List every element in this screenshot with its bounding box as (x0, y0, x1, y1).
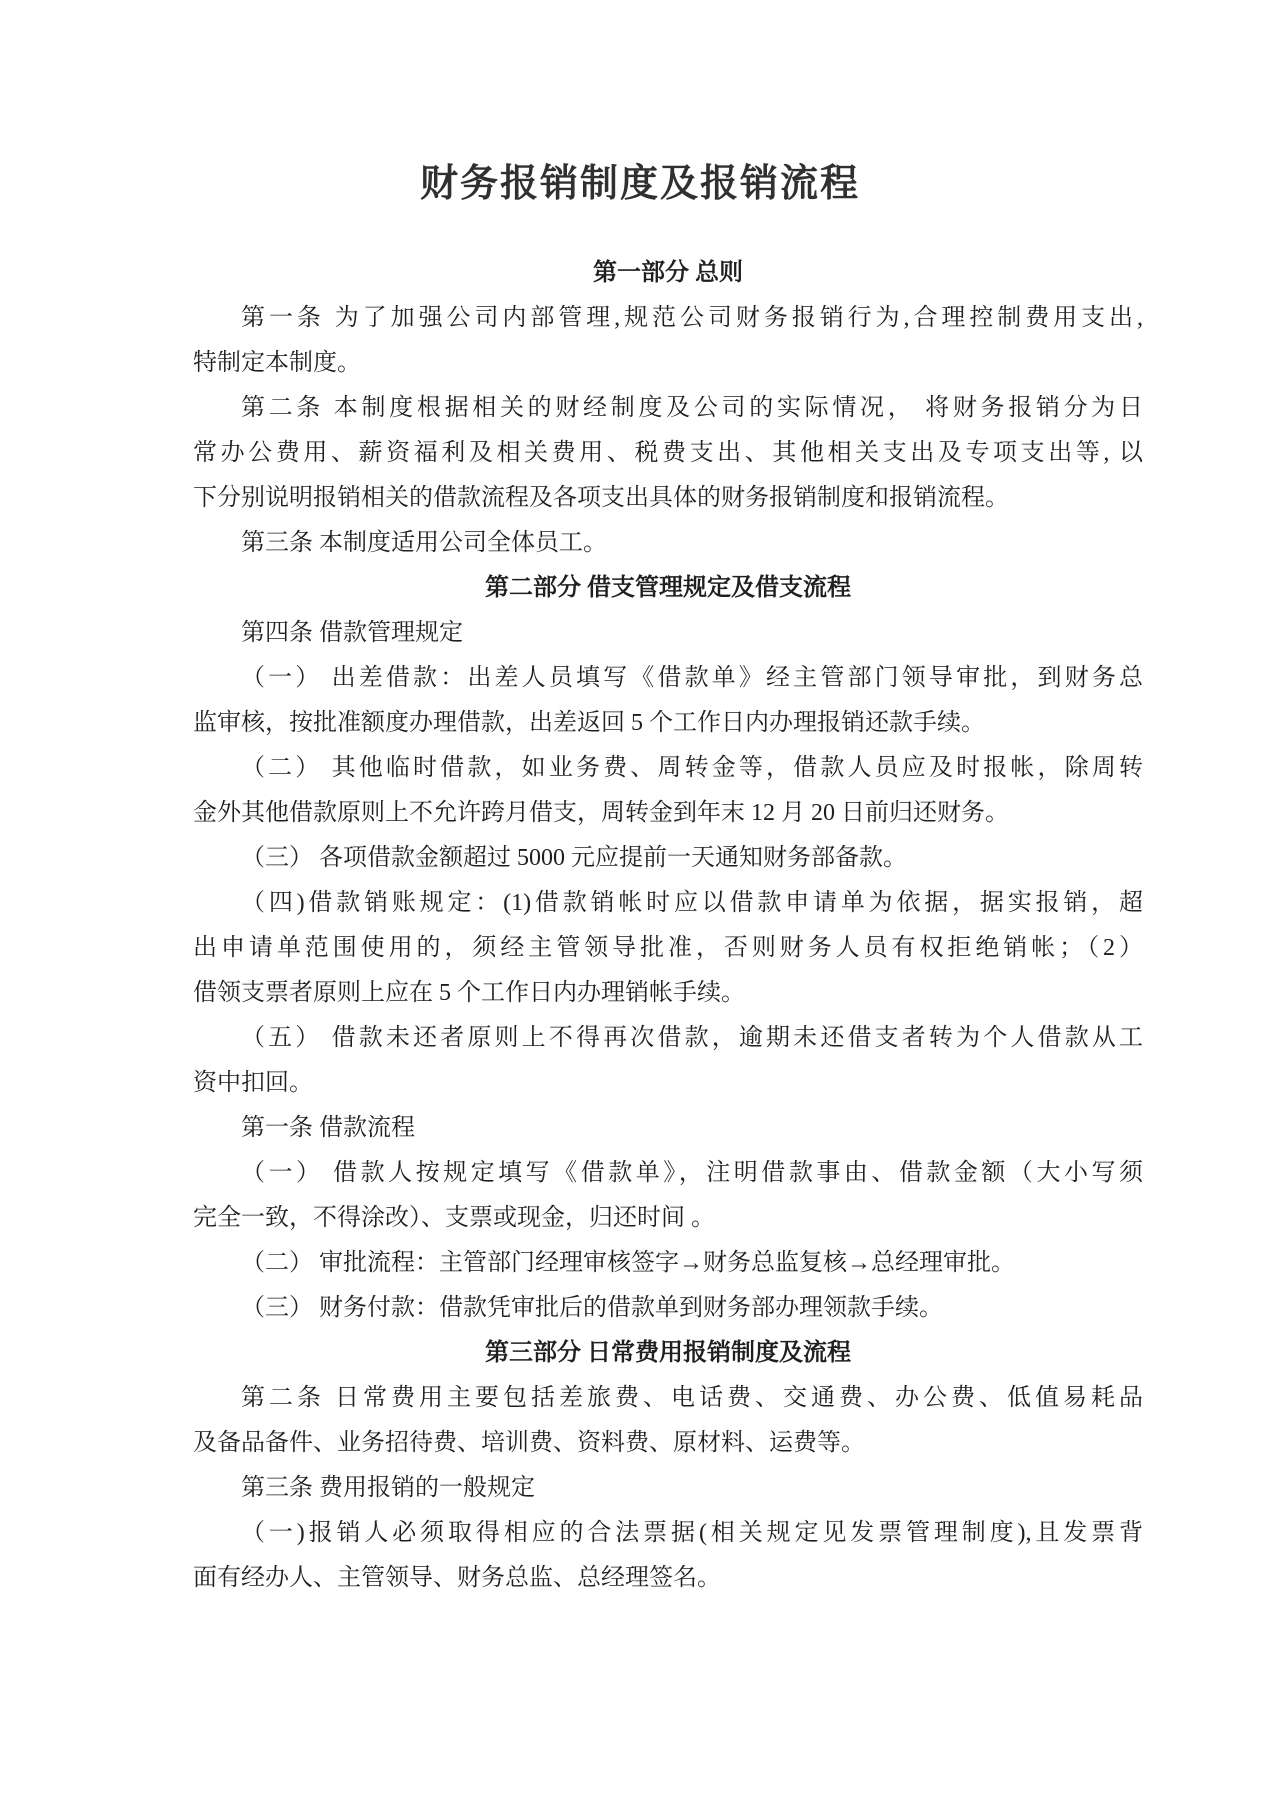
paragraph: （二） 审批流程：主管部门经理审核签字→财务总监复核→总经理审批。 (193, 1241, 1143, 1286)
paragraph: （四)借款销账规定：(1)借款销帐时应以借款申请单为依据，据实报销，超出申请单范… (193, 881, 1143, 1016)
paragraph-line: 第三条 本制度适用公司全体员工。 (193, 521, 1143, 566)
paragraph: （一） 借款人按规定填写《借款单》，注明借款事由、借款金额（大小写须完全一致，不… (193, 1151, 1143, 1241)
document-title: 财务报销制度及报销流程 (0, 160, 1280, 208)
paragraph: 第二条 本制度根据相关的财经制度及公司的实际情况， 将财务报销分为日常办公费用、… (193, 386, 1143, 521)
paragraph-line: 第四条 借款管理规定 (193, 611, 1143, 656)
paragraph-line: 面有经办人、主管领导、财务总监、总经理签名。 (193, 1556, 1143, 1601)
section-heading: 第三部分 日常费用报销制度及流程 (193, 1331, 1143, 1376)
paragraph: （三） 财务付款：借款凭审批后的借款单到财务部办理领款手续。 (193, 1286, 1143, 1331)
paragraph-line: （一)报销人必须取得相应的合法票据(相关规定见发票管理制度),且发票背 (193, 1511, 1143, 1556)
paragraph-line: 资中扣回。 (193, 1061, 1143, 1106)
paragraph-line: （三） 财务付款：借款凭审批后的借款单到财务部办理领款手续。 (193, 1286, 1143, 1331)
paragraph-line: 监审核，按批准额度办理借款，出差返回 5 个工作日内办理报销还款手续。 (193, 701, 1143, 746)
paragraph-line: 特制定本制度。 (193, 341, 1143, 386)
paragraph: 第一条 为了加强公司内部管理,规范公司财务报销行为,合理控制费用支出,特制定本制… (193, 296, 1143, 386)
paragraph-line: 第二条 本制度根据相关的财经制度及公司的实际情况， 将财务报销分为日 (193, 386, 1143, 431)
paragraph: （三） 各项借款金额超过 5000 元应提前一天通知财务部备款。 (193, 836, 1143, 881)
paragraph-line: （四)借款销账规定：(1)借款销帐时应以借款申请单为依据，据实报销，超 (193, 881, 1143, 926)
paragraph-line: 完全一致，不得涂改）、支票或现金，归还时间 。 (193, 1196, 1143, 1241)
paragraph-line: （一） 借款人按规定填写《借款单》，注明借款事由、借款金额（大小写须 (193, 1151, 1143, 1196)
paragraph-line: 及备品备件、业务招待费、培训费、资料费、原材料、运费等。 (193, 1421, 1143, 1466)
paragraph-line: 第一条 为了加强公司内部管理,规范公司财务报销行为,合理控制费用支出, (193, 296, 1143, 341)
paragraph-line: （二） 审批流程：主管部门经理审核签字→财务总监复核→总经理审批。 (193, 1241, 1143, 1286)
section-heading: 第一部分 总则 (193, 251, 1143, 296)
paragraph-line: （一） 出差借款：出差人员填写《借款单》经主管部门领导审批，到财务总 (193, 656, 1143, 701)
paragraph-line: 下分别说明报销相关的借款流程及各项支出具体的财务报销制度和报销流程。 (193, 476, 1143, 521)
paragraph: （一） 出差借款：出差人员填写《借款单》经主管部门领导审批，到财务总监审核，按批… (193, 656, 1143, 746)
paragraph: （一)报销人必须取得相应的合法票据(相关规定见发票管理制度),且发票背面有经办人… (193, 1511, 1143, 1601)
paragraph: （五） 借款未还者原则上不得再次借款，逾期未还借支者转为个人借款从工资中扣回。 (193, 1016, 1143, 1106)
paragraph-line: （三） 各项借款金额超过 5000 元应提前一天通知财务部备款。 (193, 836, 1143, 881)
paragraph-line: 出申请单范围使用的，须经主管领导批准，否则财务人员有权拒绝销帐；（2） (193, 926, 1143, 971)
paragraph-line: 借领支票者原则上应在 5 个工作日内办理销帐手续。 (193, 971, 1143, 1016)
paragraph-line: 金外其他借款原则上不允许跨月借支，周转金到年末 12 月 20 日前归还财务。 (193, 791, 1143, 836)
paragraph: 第二条 日常费用主要包括差旅费、电话费、交通费、办公费、低值易耗品及备品备件、业… (193, 1376, 1143, 1466)
paragraph-line: （二） 其他临时借款，如业务费、周转金等，借款人员应及时报帐，除周转 (193, 746, 1143, 791)
paragraph: （二） 其他临时借款，如业务费、周转金等，借款人员应及时报帐，除周转金外其他借款… (193, 746, 1143, 836)
paragraph-line: 第三条 费用报销的一般规定 (193, 1466, 1143, 1511)
paragraph-line: 第二条 日常费用主要包括差旅费、电话费、交通费、办公费、低值易耗品 (193, 1376, 1143, 1421)
paragraph-line: 常办公费用、薪资福利及相关费用、税费支出、其他相关支出及专项支出等, 以 (193, 431, 1143, 476)
document-body: 第一部分 总则第一条 为了加强公司内部管理,规范公司财务报销行为,合理控制费用支… (193, 251, 1143, 1601)
paragraph-line: （五） 借款未还者原则上不得再次借款，逾期未还借支者转为个人借款从工 (193, 1016, 1143, 1061)
paragraph: 第一条 借款流程 (193, 1106, 1143, 1151)
paragraph: 第三条 本制度适用公司全体员工。 (193, 521, 1143, 566)
section-heading: 第二部分 借支管理规定及借支流程 (193, 566, 1143, 611)
paragraph: 第四条 借款管理规定 (193, 611, 1143, 656)
document-page: 财务报销制度及报销流程 第一部分 总则第一条 为了加强公司内部管理,规范公司财务… (0, 0, 1280, 1810)
paragraph: 第三条 费用报销的一般规定 (193, 1466, 1143, 1511)
paragraph-line: 第一条 借款流程 (193, 1106, 1143, 1151)
